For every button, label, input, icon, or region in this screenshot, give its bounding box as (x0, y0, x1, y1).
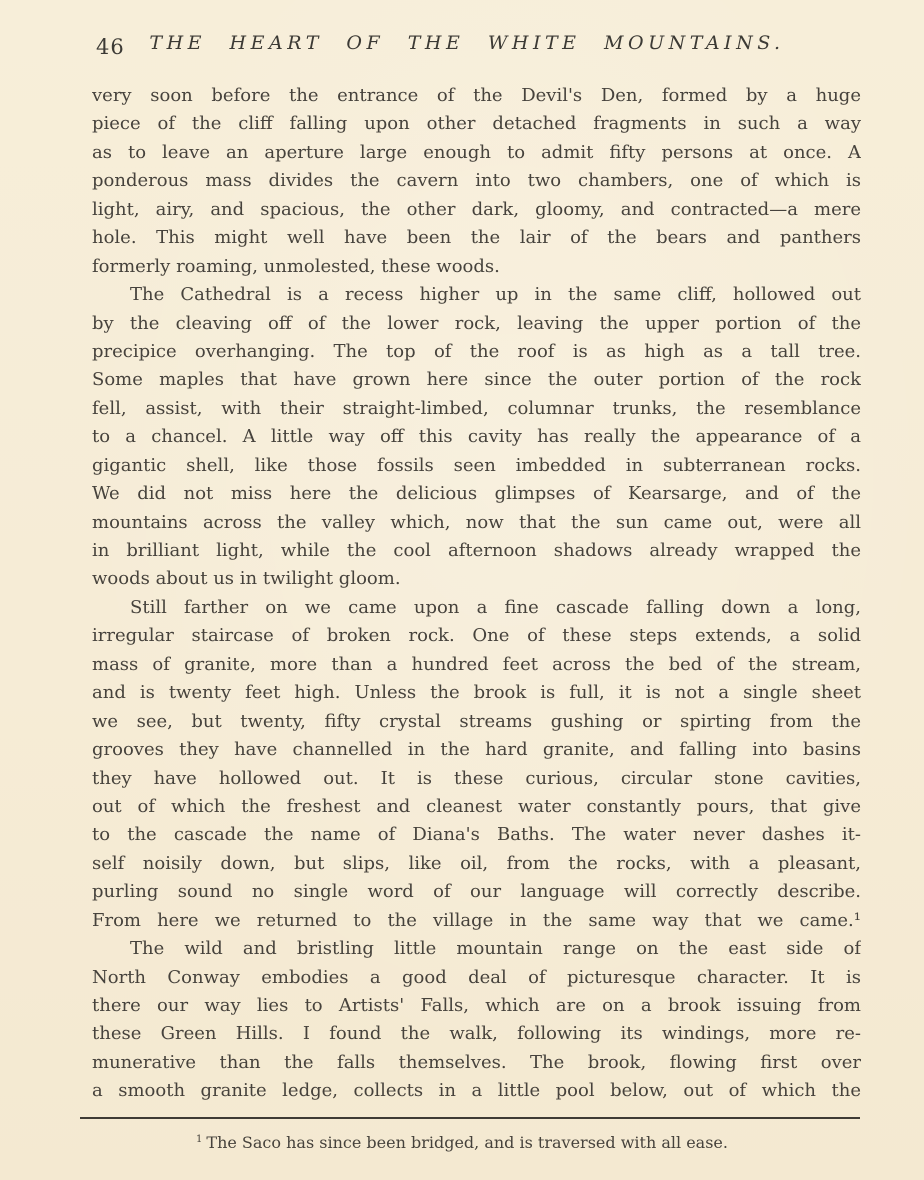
text-line: mountains across the valley which, now t… (92, 509, 861, 537)
text-line: out of which the freshest and cleanest w… (92, 793, 861, 821)
text-line: in brilliant light, while the cool after… (92, 537, 861, 565)
text-line: gigantic shell, like those fossils seen … (92, 452, 861, 480)
text-line: irregular staircase of broken rock. One … (92, 622, 861, 650)
text-line: Still farther on we came upon a fine cas… (92, 594, 861, 622)
paragraph: The Cathedral is a recess higher up in t… (92, 281, 861, 594)
text-line: North Conway embodies a good deal of pic… (92, 964, 861, 992)
paragraph: Still farther on we came upon a fine cas… (92, 594, 861, 935)
text-line: a smooth granite ledge, collects in a li… (92, 1077, 861, 1105)
text-line: these Green Hills. I found the walk, fol… (92, 1020, 861, 1048)
page-header: 46 THE HEART OF THE WHITE MOUNTAINS. (0, 32, 924, 64)
text-line: From here we returned to the village in … (92, 907, 861, 935)
text-line: ponderous mass divides the cavern into t… (92, 167, 861, 195)
running-header-title: THE HEART OF THE WHITE MOUNTAINS. (0, 32, 924, 54)
text-line: purling sound no single word of our lang… (92, 878, 861, 906)
text-line: piece of the cliff falling upon other de… (92, 110, 861, 138)
book-page: 46 THE HEART OF THE WHITE MOUNTAINS. ver… (0, 0, 924, 1180)
text-line: self noisily down, but slips, like oil, … (92, 850, 861, 878)
text-line: We did not miss here the delicious glimp… (92, 480, 861, 508)
text-line: light, airy, and spacious, the other dar… (92, 196, 861, 224)
page-number: 46 (96, 35, 125, 59)
text-line: we see, but twenty, fifty crystal stream… (92, 708, 861, 736)
footnote-divider (80, 1117, 860, 1119)
paragraph: The wild and bristling little mountain r… (92, 935, 861, 1106)
text-line: as to leave an aperture large enough to … (92, 139, 861, 167)
footnote-text: The Saco has since been bridged, and is … (206, 1133, 728, 1152)
text-line: precipice overhanging. The top of the ro… (92, 338, 861, 366)
body-text: very soon before the entrance of the Dev… (92, 82, 861, 1106)
text-line: mass of granite, more than a hundred fee… (92, 651, 861, 679)
text-line: Some maples that have grown here since t… (92, 366, 861, 394)
paragraph: very soon before the entrance of the Dev… (92, 82, 861, 281)
text-line: very soon before the entrance of the Dev… (92, 82, 861, 110)
text-line: there our way lies to Artists' Falls, wh… (92, 992, 861, 1020)
footnote-marker: 1 (196, 1134, 202, 1145)
text-line: The Cathedral is a recess higher up in t… (92, 281, 861, 309)
text-line: and is twenty feet high. Unless the broo… (92, 679, 861, 707)
text-line: grooves they have channelled in the hard… (92, 736, 861, 764)
footnote: 1The Saco has since been bridged, and is… (0, 1133, 924, 1152)
text-line: hole. This might well have been the lair… (92, 224, 861, 252)
text-line: to a chancel. A little way off this cavi… (92, 423, 861, 451)
text-line: they have hollowed out. It is these curi… (92, 765, 861, 793)
text-line: to the cascade the name of Diana's Baths… (92, 821, 861, 849)
text-line: fell, assist, with their straight-limbed… (92, 395, 861, 423)
text-line: munerative than the falls themselves. Th… (92, 1049, 861, 1077)
text-line: formerly roaming, unmolested, these wood… (92, 253, 861, 281)
text-line: by the cleaving off of the lower rock, l… (92, 310, 861, 338)
text-line: The wild and bristling little mountain r… (92, 935, 861, 963)
text-line: woods about us in twilight gloom. (92, 565, 861, 593)
